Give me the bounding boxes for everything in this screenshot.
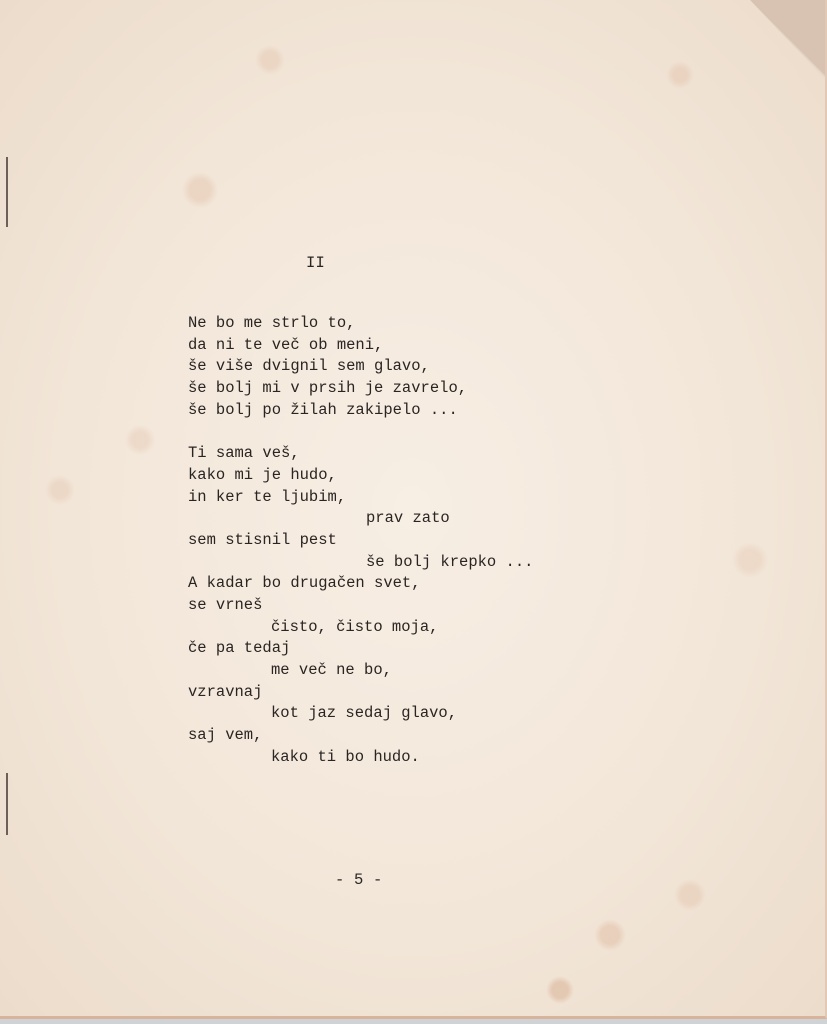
page-number: - 5 - <box>335 871 383 889</box>
poem-text: Ne bo me strlo to,da ni te več ob meni,š… <box>188 313 533 768</box>
document-page: II Ne bo me strlo to,da ni te več ob men… <box>0 0 827 1019</box>
stanza-break <box>188 421 533 443</box>
poem-line: A kadar bo drugačen svet, <box>188 573 533 595</box>
poem-line: Ti sama veš, <box>188 443 533 465</box>
poem-line: čisto, čisto moja, <box>188 617 533 639</box>
binding-staple <box>6 773 8 835</box>
section-heading: II <box>306 254 325 272</box>
folded-corner <box>750 0 825 80</box>
poem-line: še više dvignil sem glavo, <box>188 356 533 378</box>
poem-line: sem stisnil pest <box>188 530 533 552</box>
binding-staple <box>6 157 8 227</box>
poem-line: kako ti bo hudo. <box>188 747 533 769</box>
poem-line: se vrneš <box>188 595 533 617</box>
poem-line: prav zato <box>188 508 533 530</box>
poem-line: saj vem, <box>188 725 533 747</box>
poem-line: in ker te ljubim, <box>188 487 533 509</box>
poem-line: kot jaz sedaj glavo, <box>188 703 533 725</box>
poem-line: še bolj po žilah zakipelo ... <box>188 400 533 422</box>
poem-line: če pa tedaj <box>188 638 533 660</box>
poem-line: me več ne bo, <box>188 660 533 682</box>
poem-line: vzravnaj <box>188 682 533 704</box>
poem-line: Ne bo me strlo to, <box>188 313 533 335</box>
poem-line: da ni te več ob meni, <box>188 335 533 357</box>
poem-line: še bolj krepko ... <box>188 552 533 574</box>
poem-line: še bolj mi v prsih je zavrelo, <box>188 378 533 400</box>
poem-line: kako mi je hudo, <box>188 465 533 487</box>
